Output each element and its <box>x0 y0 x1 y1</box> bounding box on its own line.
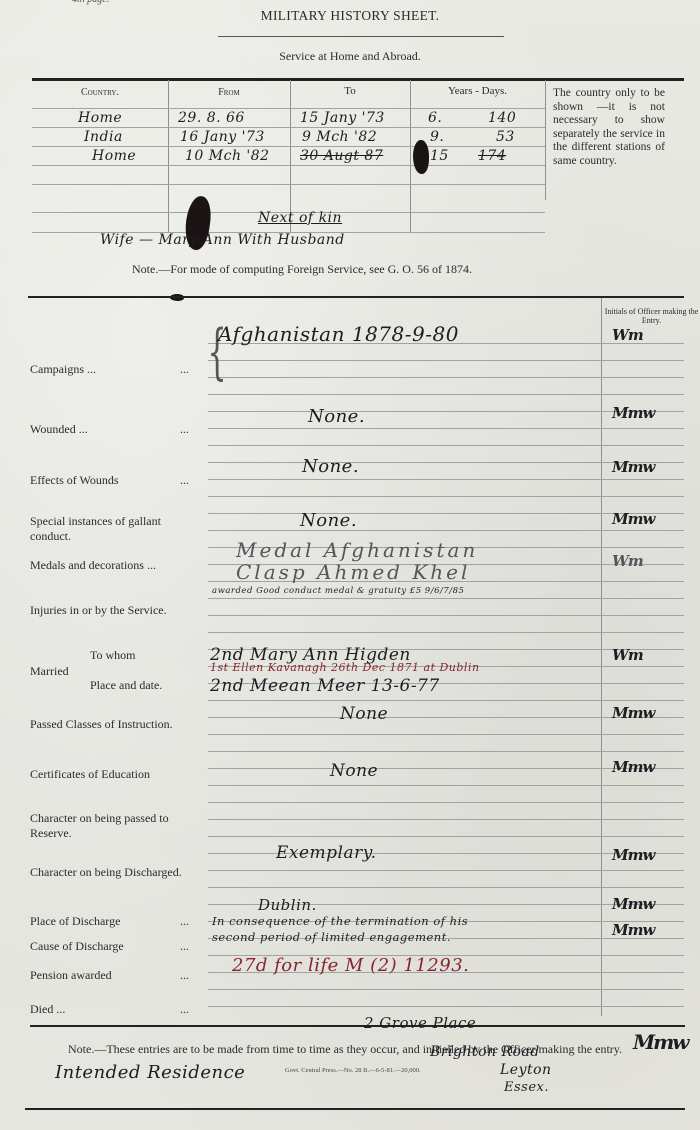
cell-days: 174 <box>478 148 506 164</box>
entry-line <box>208 496 684 497</box>
initials-classes-of-instruction: Mmw <box>612 704 654 722</box>
entry-line <box>208 360 684 361</box>
address-line: 2 Grove Place <box>364 1014 476 1032</box>
entry-line <box>208 751 684 752</box>
cell-to: 30 Augt 87 <box>300 148 383 164</box>
entry-certificates: None <box>330 761 378 781</box>
initials-column-header: Initials of Officer making the Entry. <box>604 307 699 325</box>
entry-married-first: 1st Ellen Kavanagh 26th Dec 1871 at Dubl… <box>210 661 480 674</box>
intended-residence-label: Intended Residence <box>55 1062 245 1083</box>
entry-line <box>208 819 684 820</box>
cell-country: India <box>84 129 123 145</box>
label-effects-of-wounds: Effects of Wounds <box>30 473 205 488</box>
title-rule <box>218 36 504 37</box>
entry-line <box>208 377 684 378</box>
entry-medal: Medal Afghanistan <box>236 538 478 562</box>
footer-initials: Mmw <box>633 1030 688 1054</box>
entry-effects-of-wounds: None. <box>302 456 359 477</box>
entry-classes-of-instruction: None <box>340 704 388 724</box>
initials-place-of-discharge: Mmw <box>612 895 654 913</box>
cell-to: 9 Mch '82 <box>302 129 377 145</box>
table-line <box>32 108 545 109</box>
cell-country: Home <box>78 110 122 126</box>
entry-line <box>208 734 684 735</box>
footer-rule <box>30 1025 685 1027</box>
label-cause-of-discharge: Cause of Discharge <box>30 939 205 954</box>
cell-from: 10 Mch '82 <box>185 148 270 164</box>
table-line <box>32 127 545 128</box>
entry-line <box>208 615 684 616</box>
entry-wounded: None. <box>308 406 365 427</box>
entry-line <box>208 1006 684 1007</box>
address-line: Leyton <box>500 1062 552 1078</box>
entry-cause-of-discharge: In consequence of the termination of his… <box>212 913 482 945</box>
cell-days: 140 <box>488 110 516 126</box>
cell-days: 53 <box>496 129 515 145</box>
col-header-to: To <box>290 85 410 97</box>
label-dots: ... <box>180 362 189 377</box>
foreign-service-note: Note.—For mode of computing Foreign Serv… <box>132 262 472 277</box>
entry-married-place-date: 2nd Meean Meer 13-6-77 <box>210 676 440 696</box>
table-line <box>32 184 545 185</box>
cell-to: 15 Jany '73 <box>300 110 385 126</box>
label-to-whom: To whom <box>90 648 136 663</box>
printer-imprint: Govt. Central Press.—No. 28 B.—6-5-81.—2… <box>285 1067 421 1074</box>
col-divider <box>545 80 546 200</box>
entry-line <box>208 870 684 871</box>
label-injuries: Injuries in or by the Service. <box>30 603 195 618</box>
label-dots: ... <box>180 939 189 954</box>
entry-line <box>208 989 684 990</box>
entry-place-of-discharge: Dublin. <box>258 896 317 914</box>
label-place-and-date: Place and date. <box>90 678 162 693</box>
entry-line <box>208 530 684 531</box>
entry-line <box>208 632 684 633</box>
col-header-country: Country. <box>32 87 168 98</box>
col-header-from: From <box>168 87 290 98</box>
initials-married: Wm <box>612 646 643 664</box>
entry-clasp: Clasp Ahmed Khel <box>236 560 470 584</box>
entry-line <box>208 428 684 429</box>
table-top-rule <box>32 78 684 81</box>
next-of-kin-title: Next of kin <box>258 210 342 226</box>
label-character-discharged: Character on being Discharged. <box>30 865 195 880</box>
address-line: Essex. <box>504 1080 549 1095</box>
entry-line <box>208 394 684 395</box>
label-married: Married <box>30 664 69 679</box>
label-campaigns: Campaigns ... <box>30 362 205 377</box>
label-classes-of-instruction: Passed Classes of Instruction. <box>30 717 195 732</box>
address-line: Brighton Road <box>430 1044 540 1060</box>
table-line <box>32 165 545 166</box>
footer-note: Note.—These entries are to be made from … <box>68 1042 628 1057</box>
label-died: Died ... <box>30 1002 205 1017</box>
initials-certificates: Mmw <box>612 758 654 776</box>
entry-line <box>208 598 684 599</box>
ink-blot <box>413 140 429 174</box>
entry-good-conduct: awarded Good conduct medal & gratuity £5… <box>212 586 464 596</box>
label-dots: ... <box>180 914 189 929</box>
table-line <box>32 146 545 147</box>
label-dots: ... <box>180 422 189 437</box>
bottom-rule <box>25 1108 685 1110</box>
entry-line <box>208 887 684 888</box>
label-pension-awarded: Pension awarded <box>30 968 205 983</box>
corner-note: 4th page. <box>72 0 109 5</box>
initials-wounded: Mmw <box>612 404 654 422</box>
entry-pension-awarded: 27d for life M (2) 11293. <box>232 955 469 976</box>
label-character-reserve: Character on being passed to Reserve. <box>30 811 200 841</box>
label-medals: Medals and decorations ... <box>30 558 205 573</box>
entry-character-discharged: Exemplary. <box>276 843 377 863</box>
entry-line <box>208 802 684 803</box>
entry-line <box>208 700 684 701</box>
col-divider <box>410 80 411 232</box>
label-place-of-discharge: Place of Discharge <box>30 914 205 929</box>
label-wounded: Wounded ... <box>30 422 205 437</box>
initials-campaigns: Wm <box>612 326 643 344</box>
page-title: MILITARY HISTORY SHEET. <box>0 8 700 24</box>
entry-line <box>208 445 684 446</box>
label-certificates: Certificates of Education <box>30 767 205 782</box>
initials-cause-of-discharge: Mmw <box>612 921 654 939</box>
section-rule <box>28 296 684 298</box>
cell-from: 29. 8. 66 <box>178 110 245 126</box>
entry-line <box>208 479 684 480</box>
cell-years: 15 <box>430 148 449 164</box>
cell-country: Home <box>92 148 136 164</box>
cell-years: 9. <box>430 129 444 145</box>
country-side-note: The country only to be shown —it is not … <box>553 87 665 168</box>
initials-column-divider <box>601 298 602 1016</box>
initials-effects-of-wounds: Mmw <box>612 458 654 476</box>
cell-years: 6. <box>428 110 442 126</box>
col-header-years-days: Years - Days. <box>410 85 545 97</box>
label-dots: ... <box>180 968 189 983</box>
col-divider <box>168 80 169 232</box>
entry-gallant-conduct: None. <box>300 510 357 531</box>
initials-gallant-conduct: Mmw <box>612 510 654 528</box>
initials-character-discharged: Mmw <box>612 846 654 864</box>
label-dots: ... <box>180 473 189 488</box>
label-dots: ... <box>180 1002 189 1017</box>
entry-line <box>208 785 684 786</box>
next-of-kin-entry: Wife — Mary Ann With Husband <box>100 232 345 248</box>
cell-from: 16 Jany '73 <box>180 129 265 145</box>
entry-line <box>208 836 684 837</box>
military-history-sheet: 4th page. MILITARY HISTORY SHEET. Servic… <box>0 0 700 1130</box>
page-subtitle: Service at Home and Abroad. <box>0 49 700 64</box>
entry-campaigns: Afghanistan 1878-9-80 <box>218 322 459 346</box>
initials-medals: Wm <box>612 552 643 570</box>
label-gallant-conduct: Special instances of gallant conduct. <box>30 514 195 544</box>
